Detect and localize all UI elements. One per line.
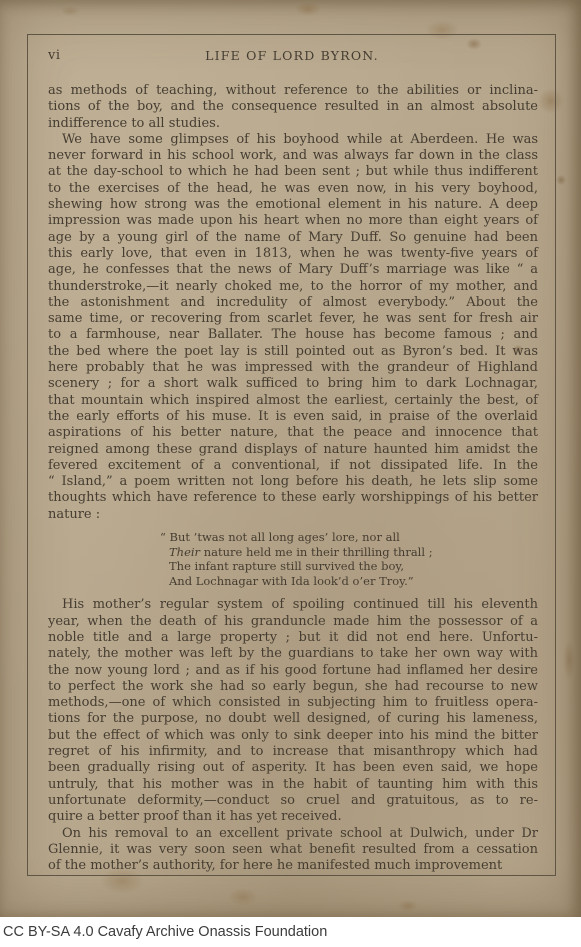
text-line: Glennie, it was very soon seen what bene…	[48, 842, 538, 858]
paragraph: His mother’s regular system of spoiling …	[48, 597, 538, 825]
text-line: noble title and a large property ; but i…	[48, 630, 538, 646]
paper-stain	[228, 888, 258, 906]
text-line: never forward in his school work, and wa…	[48, 148, 538, 164]
text-line: the bed where the poet lay is still poin…	[48, 344, 538, 360]
paper-stain	[556, 175, 566, 185]
text-line: that mountain which inspired almost the …	[48, 393, 538, 409]
text-line: year, when the death of his granduncle m…	[48, 614, 538, 630]
text-line: age by a young girl of the name of Mary …	[48, 230, 538, 246]
text-line: fevered excitement of a conventional, if…	[48, 458, 538, 474]
scanned-book-page: vi LIFE OF LORD BYRON. as methods of tea…	[0, 0, 581, 917]
text-line: aspirations of his better nature, that t…	[48, 425, 538, 441]
text-line: shewing how strong was the emotional ele…	[48, 197, 538, 213]
text-line: regret of his infirmity, and to increase…	[48, 744, 538, 760]
text-line: On his removal to an excellent private s…	[48, 826, 538, 842]
text-line: scenery ; for a short walk sufficed to b…	[48, 376, 538, 392]
text-line: of the mother’s authority, for here he m…	[48, 858, 538, 874]
text-line: age, he confesses that the news of Mary …	[48, 262, 538, 278]
text-line: “ Island,” a poem written not long befor…	[48, 474, 538, 490]
text-line: His mother’s regular system of spoiling …	[48, 597, 538, 613]
page-paragraphs: as methods of teaching, without referenc…	[48, 83, 538, 874]
paragraph: as methods of teaching, without referenc…	[48, 83, 538, 132]
text-line: to perfect the work she had so early beg…	[48, 679, 538, 695]
text-line: “ But ’twas not all long ages’ lore, nor…	[160, 530, 538, 545]
paper-stain	[60, 6, 80, 16]
text-line: impression was made upon his heart when …	[48, 213, 538, 229]
page-header: vi LIFE OF LORD BYRON.	[48, 48, 536, 65]
text-line: tions of the boy, and the consequence re…	[48, 99, 538, 115]
text-line: nately, the mother was left by the guard…	[48, 646, 538, 662]
text-line: reigned among these grand displays of na…	[48, 442, 538, 458]
running-title: LIFE OF LORD BYRON.	[48, 48, 536, 63]
text-line: nature :	[48, 507, 538, 523]
text-line: quire a better proof than it has yet rec…	[48, 809, 538, 825]
license-text: CC BY-SA 4.0 Cavafy Archive Onassis Foun…	[3, 924, 327, 940]
text-line: been gradually rising out of asperity. I…	[48, 760, 538, 776]
text-line: to the exercises of the head, he was eve…	[48, 181, 538, 197]
text-line: at the day-school to which he had been s…	[48, 164, 538, 180]
paper-stain	[398, 900, 418, 912]
text-line: but the effect of which was only to sink…	[48, 728, 538, 744]
paragraph: We have some glimpses of his boyhood whi…	[48, 132, 538, 523]
text-line: methods,—one of which consisted in subje…	[48, 695, 538, 711]
text-line: here probably that he was impressed with…	[48, 360, 538, 376]
text-line: The infant rapture still survived the bo…	[160, 559, 538, 574]
text-line: thunderstroke,—it nearly choked me, to t…	[48, 279, 538, 295]
text-line: We have some glimpses of his boyhood whi…	[48, 132, 538, 148]
text-line: unfortunate deformity,—conduct so cruel …	[48, 793, 538, 809]
paper-stain	[563, 640, 575, 680]
text-line: to a farmhouse, near Ballater. The house…	[48, 327, 538, 343]
license-footer: CC BY-SA 4.0 Cavafy Archive Onassis Foun…	[0, 917, 581, 947]
paper-stain	[295, 2, 321, 16]
text-line: indifference to all studies.	[48, 116, 538, 132]
text-line: Their nature held me in their thrilling …	[160, 545, 538, 560]
text-line: same time, or recovering from scarlet fe…	[48, 311, 538, 327]
text-line: tions for the purpose, no doubt well des…	[48, 711, 538, 727]
text-line: And Lochnagar with Ida look’d o’er Troy.…	[160, 574, 538, 589]
verse-block: “ But ’twas not all long ages’ lore, nor…	[160, 530, 538, 588]
paragraph: On his removal to an excellent private s…	[48, 826, 538, 875]
text-line: untruly, that his mother was in the habi…	[48, 777, 538, 793]
text-line: the astonishment and incredulity of almo…	[48, 295, 538, 311]
text-line: this early love, that even in 1813, when…	[48, 246, 538, 262]
printed-rule-box: vi LIFE OF LORD BYRON. as methods of tea…	[27, 34, 556, 876]
text-line: the now young lord ; and as if his good …	[48, 663, 538, 679]
screenshot-viewport: vi LIFE OF LORD BYRON. as methods of tea…	[0, 0, 581, 947]
text-line: as methods of teaching, without referenc…	[48, 83, 538, 99]
text-line: thoughts which have reference to these e…	[48, 490, 538, 506]
text-line: the early efforts of his muse. It is eve…	[48, 409, 538, 425]
